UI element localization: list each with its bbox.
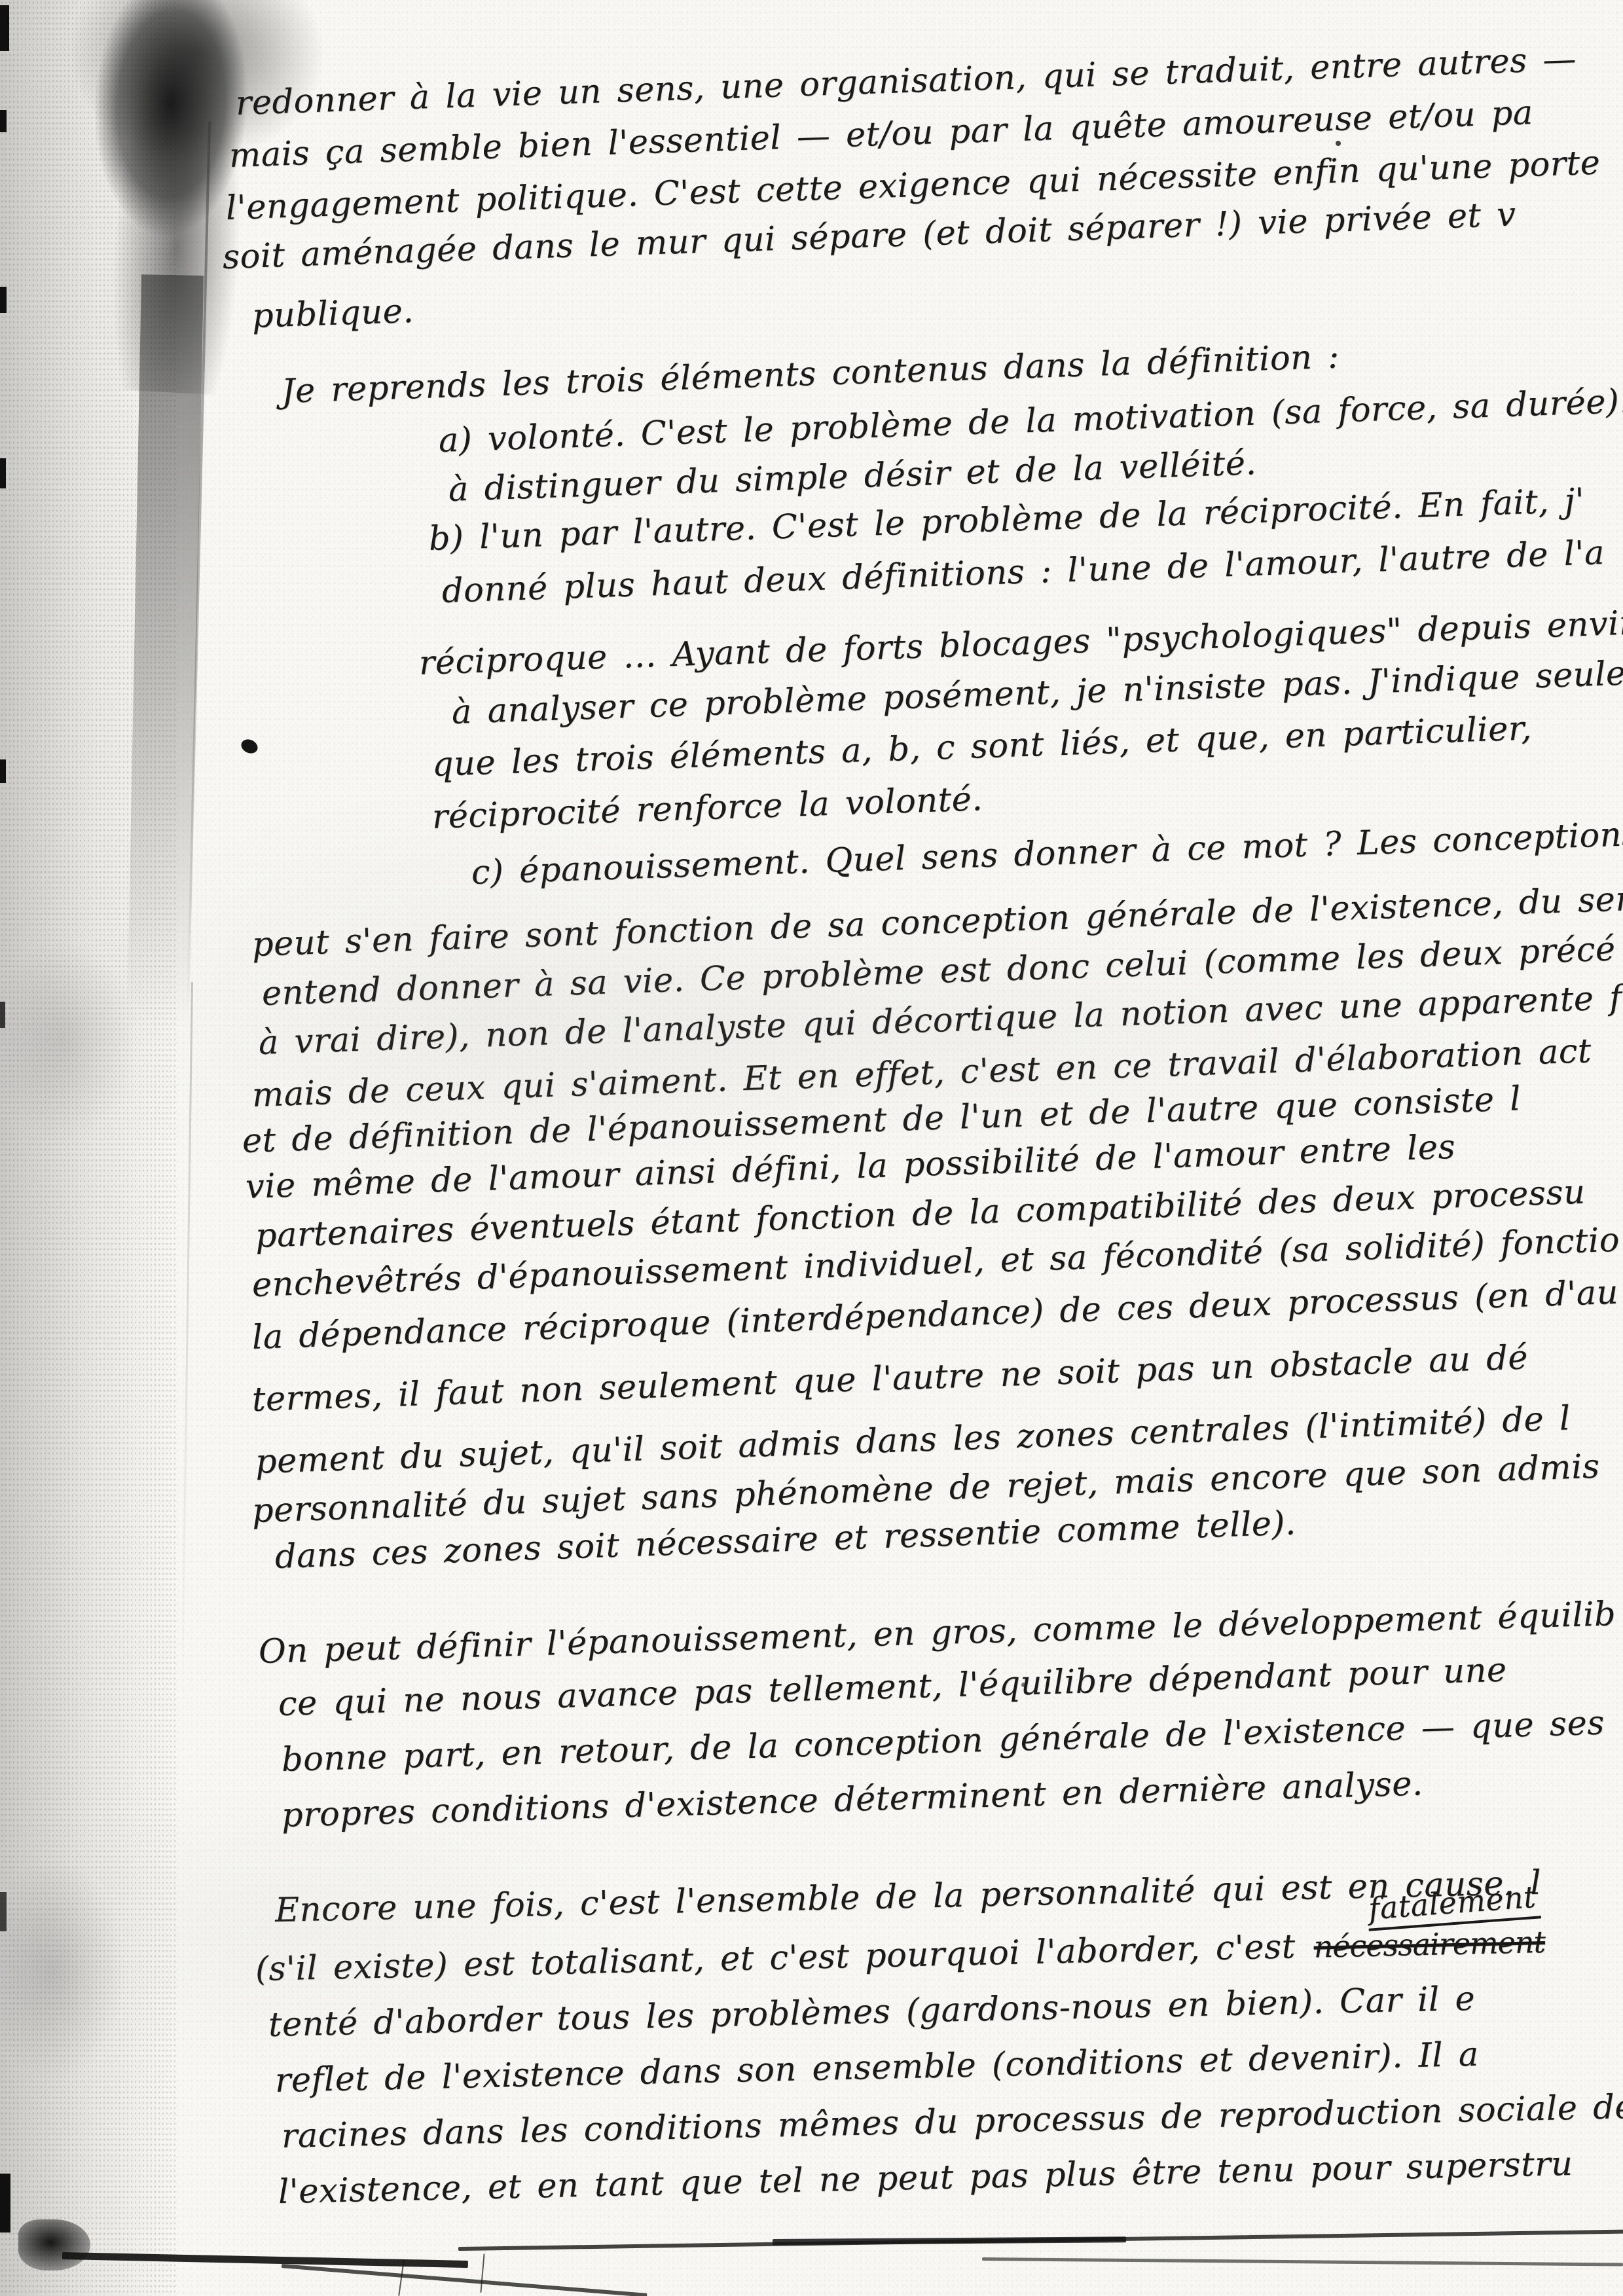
manuscript-line-with-correction: (s'il existe) est totalisant, et c'est p…	[255, 1923, 1545, 1990]
scanned-document-page: redonner à la vie un sens, une organisat…	[0, 0, 1623, 2296]
edge-tick	[0, 1002, 5, 1028]
edge-tick	[0, 458, 6, 488]
struck-word: nécessairement	[1313, 1925, 1545, 1965]
manuscript-line: tenté d'aborder tous les problèmes (gard…	[268, 1980, 1475, 2045]
manuscript-line: Encore une fois, c'est l'ensemble de la …	[274, 1865, 1541, 1931]
edge-tick	[0, 1892, 7, 1931]
bottom-corner-blob	[18, 2219, 90, 2270]
manuscript-line: racines dans les conditions mêmes du pro…	[281, 2088, 1623, 2157]
sheet-edge-hairline	[480, 2253, 484, 2293]
underlying-page-edge-line-faint	[181, 982, 193, 1702]
edge-tick	[0, 2174, 10, 2232]
edge-tick	[0, 110, 7, 132]
manuscript-line: l'existence, et en tant que tel ne peut …	[278, 2145, 1573, 2212]
sheet-edge-line	[773, 2236, 1126, 2245]
manuscript-line: réciprocité renforce la volonté.	[431, 780, 983, 837]
edge-tick	[0, 5, 9, 51]
edge-tick	[0, 759, 6, 783]
sheet-edge-line	[982, 2257, 1623, 2267]
manuscript-line: reflet de l'existence dans son ensemble …	[274, 2036, 1479, 2101]
ink-speck	[1336, 141, 1341, 146]
manuscript-line: publique.	[251, 293, 414, 337]
manuscript-line-text: (s'il existe) est totalisant, et c'est p…	[255, 1927, 1296, 1989]
sheet-edge-line	[282, 2264, 647, 2296]
manuscript-line: propres conditions d'existence détermine…	[281, 1765, 1423, 1835]
edge-tick	[0, 287, 7, 313]
ink-blot	[239, 737, 260, 756]
